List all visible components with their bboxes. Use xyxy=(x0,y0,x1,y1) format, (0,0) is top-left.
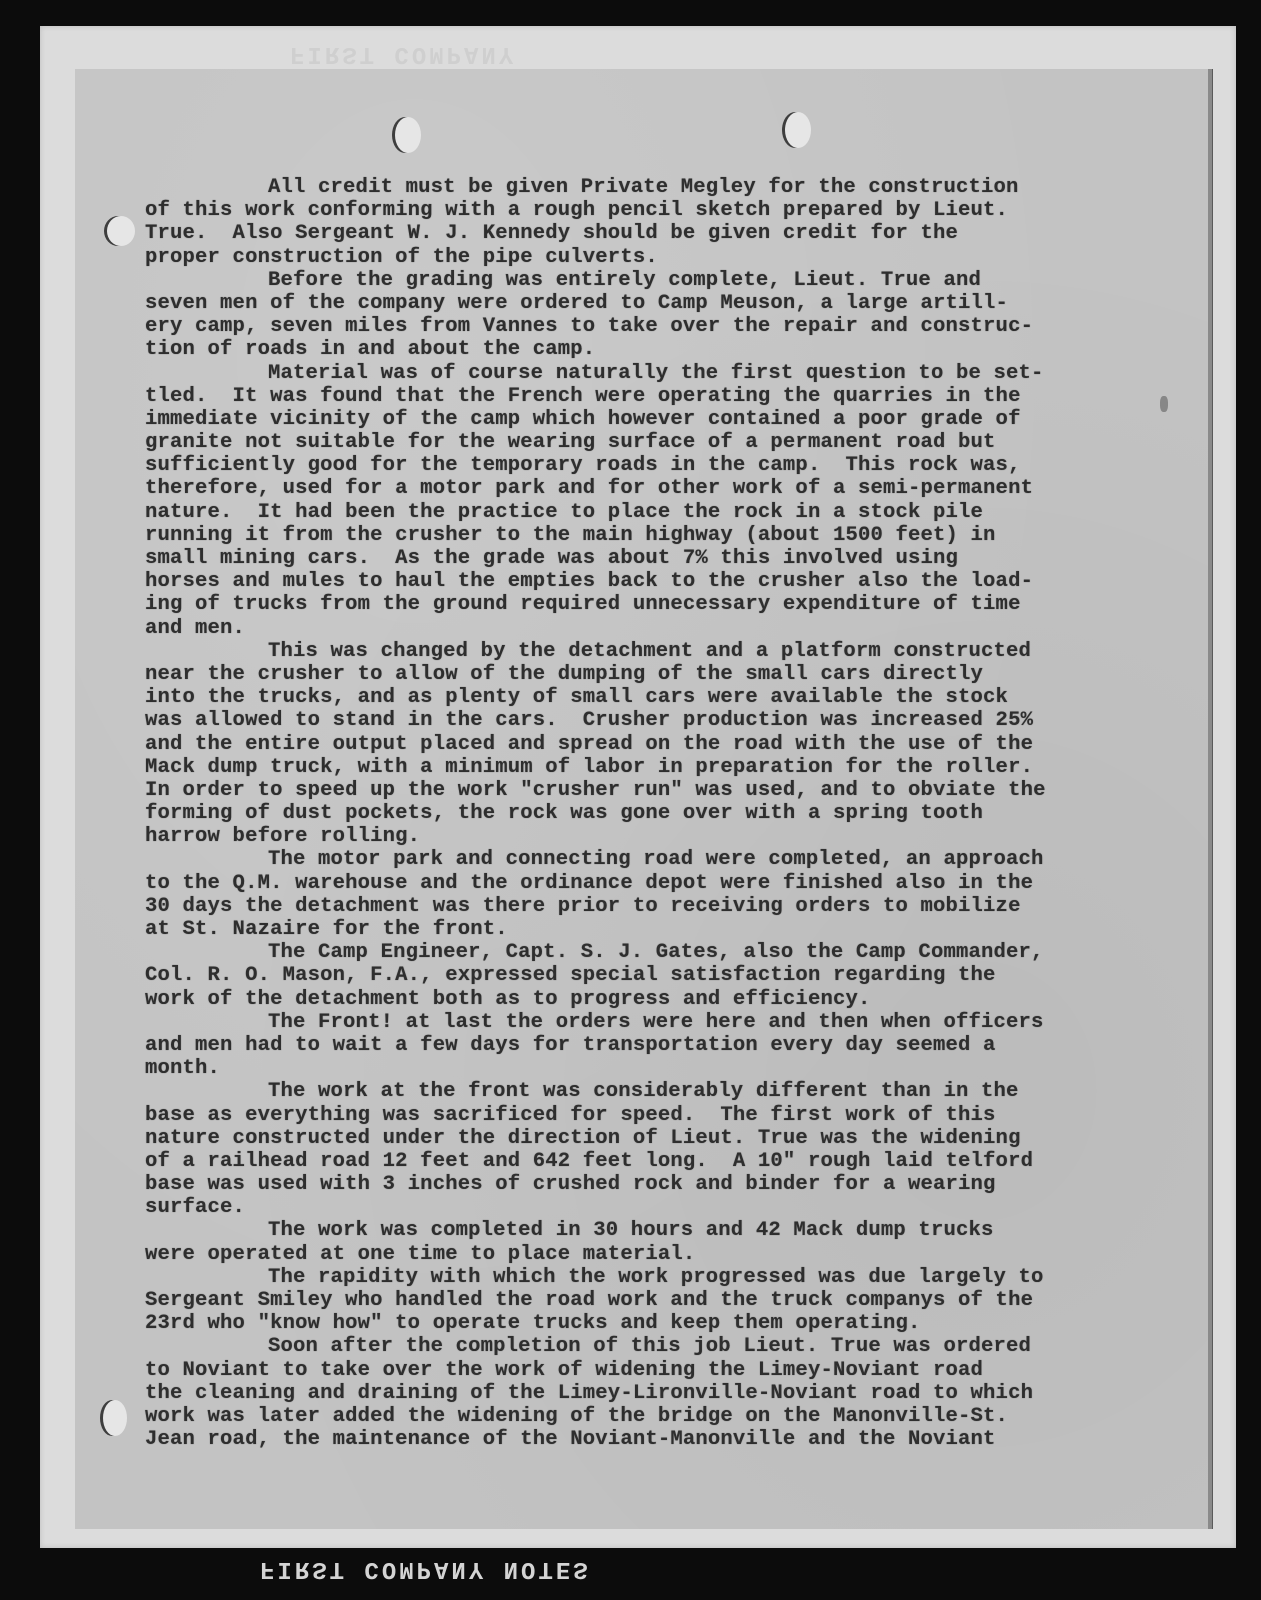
text-line: work of the detachment both as to progre… xyxy=(145,988,1155,1011)
text-line: Jean road, the maintenance of the Novian… xyxy=(145,1428,1155,1451)
punch-hole-icon xyxy=(395,117,421,153)
text-line: was allowed to stand in the cars. Crushe… xyxy=(145,709,1155,732)
punch-hole-icon xyxy=(103,1400,127,1436)
text-line: the cleaning and draining of the Limey-L… xyxy=(145,1382,1155,1405)
text-line: at St. Nazaire for the front. xyxy=(145,918,1155,941)
text-line: Sergeant Smiley who handled the road wor… xyxy=(145,1289,1155,1312)
text-line: nature. It had been the practice to plac… xyxy=(145,501,1155,524)
text-line: ery camp, seven miles from Vannes to tak… xyxy=(145,315,1155,338)
text-line: immediate vicinity of the camp which how… xyxy=(145,408,1155,431)
paragraph: Soon after the completion of this job Li… xyxy=(145,1335,1155,1451)
text-line: 30 days the detachment was there prior t… xyxy=(145,895,1155,918)
text-line: proper construction of the pipe culverts… xyxy=(145,246,1155,269)
text-line: to Noviant to take over the work of wide… xyxy=(145,1359,1155,1382)
text-line: Before the grading was entirely complete… xyxy=(145,269,1155,292)
paragraph: The motor park and connecting road were … xyxy=(145,848,1155,941)
text-line: near the crusher to allow of the dumping… xyxy=(145,663,1155,686)
text-line: surface. xyxy=(145,1196,1155,1219)
text-line: month. xyxy=(145,1057,1155,1080)
text-line: and men had to wait a few days for trans… xyxy=(145,1034,1155,1057)
paragraph: All credit must be given Private Megley … xyxy=(145,176,1155,269)
text-line: nature constructed under the direction o… xyxy=(145,1127,1155,1150)
text-line: Mack dump truck, with a minimum of labor… xyxy=(145,756,1155,779)
paragraph: The work was completed in 30 hours and 4… xyxy=(145,1219,1155,1265)
text-line: sufficiently good for the temporary road… xyxy=(145,454,1155,477)
text-line: 23rd who "know how" to operate trucks an… xyxy=(145,1312,1155,1335)
paragraph: Before the grading was entirely complete… xyxy=(145,269,1155,362)
paragraph: The work at the front was considerably d… xyxy=(145,1080,1155,1219)
punch-hole-icon xyxy=(785,112,811,148)
text-line: This was changed by the detachment and a… xyxy=(145,640,1155,663)
punch-hole-icon xyxy=(107,216,135,246)
paragraph: The Camp Engineer, Capt. S. J. Gates, al… xyxy=(145,941,1155,1011)
text-line: The work was completed in 30 hours and 4… xyxy=(145,1219,1155,1242)
text-line: seven men of the company were ordered to… xyxy=(145,292,1155,315)
text-line: All credit must be given Private Megley … xyxy=(145,176,1155,199)
text-line: base as everything was sacrificed for sp… xyxy=(145,1104,1155,1127)
text-line: of this work conforming with a rough pen… xyxy=(145,199,1155,222)
text-line: tled. It was found that the French were … xyxy=(145,385,1155,408)
text-line: The motor park and connecting road were … xyxy=(145,848,1155,871)
text-line: granite not suitable for the wearing sur… xyxy=(145,431,1155,454)
text-line: True. Also Sergeant W. J. Kennedy should… xyxy=(145,222,1155,245)
text-line: forming of dust pockets, the rock was go… xyxy=(145,802,1155,825)
text-line: The Camp Engineer, Capt. S. J. Gates, al… xyxy=(145,941,1155,964)
bleed-through-text-top: FIRST COMPANY xyxy=(290,40,516,67)
text-line: running it from the crusher to the main … xyxy=(145,524,1155,547)
text-line: Material was of course naturally the fir… xyxy=(145,362,1155,385)
text-line: into the trucks, and as plenty of small … xyxy=(145,686,1155,709)
text-line: horses and mules to haul the empties bac… xyxy=(145,570,1155,593)
text-line: were operated at one time to place mater… xyxy=(145,1243,1155,1266)
text-line: The rapidity with which the work progres… xyxy=(145,1266,1155,1289)
text-line: The Front! at last the orders were here … xyxy=(145,1011,1155,1034)
paragraph: The rapidity with which the work progres… xyxy=(145,1266,1155,1336)
paragraph: This was changed by the detachment and a… xyxy=(145,640,1155,849)
text-line: and the entire output placed and spread … xyxy=(145,733,1155,756)
text-line: and men. xyxy=(145,617,1155,640)
text-line: small mining cars. As the grade was abou… xyxy=(145,547,1155,570)
bleed-through-text-bottom: FIRST COMPANY NOTES xyxy=(260,1555,591,1582)
text-line: Col. R. O. Mason, F.A., expressed specia… xyxy=(145,964,1155,987)
paragraph: The Front! at last the orders were here … xyxy=(145,1011,1155,1081)
ink-smudge xyxy=(1160,396,1168,412)
text-line: Soon after the completion of this job Li… xyxy=(145,1335,1155,1358)
text-line: work was later added the widening of the… xyxy=(145,1405,1155,1428)
text-line: of a railhead road 12 feet and 642 feet … xyxy=(145,1150,1155,1173)
text-line: In order to speed up the work "crusher r… xyxy=(145,779,1155,802)
text-line: tion of roads in and about the camp. xyxy=(145,338,1155,361)
document-body: All credit must be given Private Megley … xyxy=(145,176,1155,1451)
text-line: ing of trucks from the ground required u… xyxy=(145,593,1155,616)
text-line: harrow before rolling. xyxy=(145,825,1155,848)
text-line: to the Q.M. warehouse and the ordinance … xyxy=(145,872,1155,895)
text-line: base was used with 3 inches of crushed r… xyxy=(145,1173,1155,1196)
text-line: therefore, used for a motor park and for… xyxy=(145,477,1155,500)
text-line: The work at the front was considerably d… xyxy=(145,1080,1155,1103)
paragraph: Material was of course naturally the fir… xyxy=(145,362,1155,640)
